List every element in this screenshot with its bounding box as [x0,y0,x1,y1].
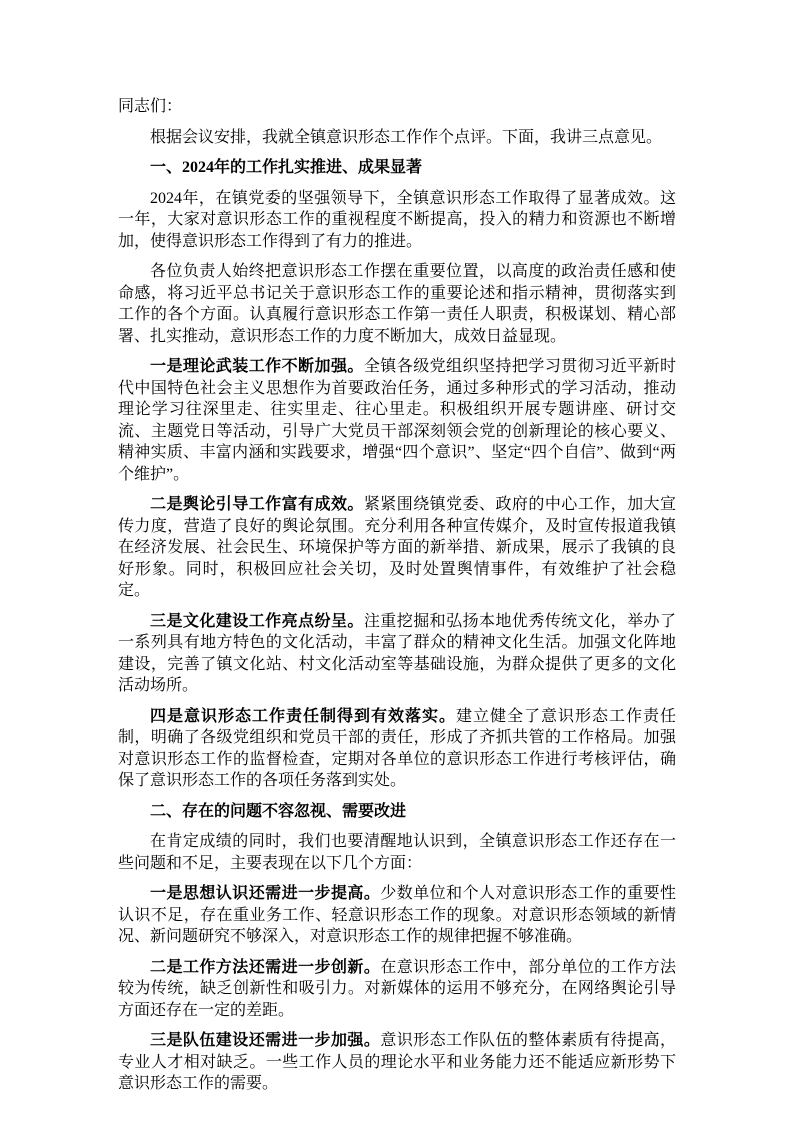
paragraph: 二是工作方法还需进一步创新。在意识形态工作中，部分单位的工作方法较为传统，缺乏创… [118,957,676,1022]
paragraph: 三是队伍建设还需进一步加强。意识形态工作队伍的整体素质有待提高，专业人才相对缺乏… [118,1030,676,1095]
document-page: 同志们： 根据会议安排，我就全镇意识形态工作作个点评。下面，我讲三点意见。 一、… [0,0,793,1122]
paragraph-text: 一、2024年的工作扎实推进、成果显著 [150,159,422,176]
paragraph: 在肯定成绩的同时，我们也要清醒地认识到，全镇意识形态工作还存在一些问题和不足，主… [118,831,676,874]
paragraph: 各位负责人始终把意识形态工作摆在重要位置，以高度的政治责任感和使命感，将习近平总… [118,261,676,347]
paragraph: 2024年，在镇党委的坚强领导下，全镇意识形态工作取得了显著成效。这一年，大家对… [118,188,676,253]
document-content: 同志们： 根据会议安排，我就全镇意识形态工作作个点评。下面，我讲三点意见。 一、… [118,96,676,1095]
paragraph-text: 各位负责人始终把意识形态工作摆在重要位置，以高度的政治责任感和使命感，将习近平总… [118,263,676,345]
paragraph: 根据会议安排，我就全镇意识形态工作作个点评。下面，我讲三点意见。 [118,127,676,149]
paragraph-lead: 三是队伍建设还需进一步加强。 [150,1032,380,1049]
paragraph: 同志们： [118,96,676,118]
paragraph-lead: 四是意识形态工作责任制得到有效落实。 [150,708,456,725]
paragraph-lead: 二是工作方法还需进一步创新。 [150,959,380,976]
paragraph-lead: 二是舆论引导工作富有成效。 [150,496,364,513]
paragraph-text: 根据会议安排，我就全镇意识形态工作作个点评。下面，我讲三点意见。 [150,129,662,146]
paragraph: 四是意识形态工作责任制得到有效落实。建立健全了意识形态工作责任制，明确了各级党组… [118,706,676,792]
paragraph-lead: 一是思想认识还需进一步提高。 [150,885,380,902]
paragraph-text: 二、存在的问题不容忽视、需要改进 [150,803,406,820]
paragraph: 二是舆论引导工作富有成效。紧紧围绕镇党委、政府的中心工作，加大宣传力度，营造了良… [118,494,676,602]
paragraph: 一是思想认识还需进一步提高。少数单位和个人对意识形态工作的重要性认识不足，存在重… [118,883,676,948]
paragraph-text: 同志们： [118,98,182,115]
paragraph-lead: 一是理论武装工作不断加强。 [150,358,364,375]
section-heading: 一、2024年的工作扎实推进、成果显著 [118,157,676,179]
section-heading: 二、存在的问题不容忽视、需要改进 [118,801,676,823]
paragraph-lead: 三是文化建设工作亮点纷呈。 [150,613,364,630]
paragraph-text: 全镇各级党组织坚持把学习贯彻习近平新时代中国特色社会主义思想作为首要政治任务，通… [118,358,676,483]
paragraph: 三是文化建设工作亮点纷呈。注重挖掘和弘扬本地优秀传统文化，举办了一系列具有地方特… [118,611,676,697]
paragraph: 一是理论武装工作不断加强。全镇各级党组织坚持把学习贯彻习近平新时代中国特色社会主… [118,356,676,485]
paragraph-text: 2024年，在镇党委的坚强领导下，全镇意识形态工作取得了显著成效。这一年，大家对… [118,190,676,250]
paragraph-text: 在肯定成绩的同时，我们也要清醒地认识到，全镇意识形态工作还存在一些问题和不足，主… [118,833,676,872]
